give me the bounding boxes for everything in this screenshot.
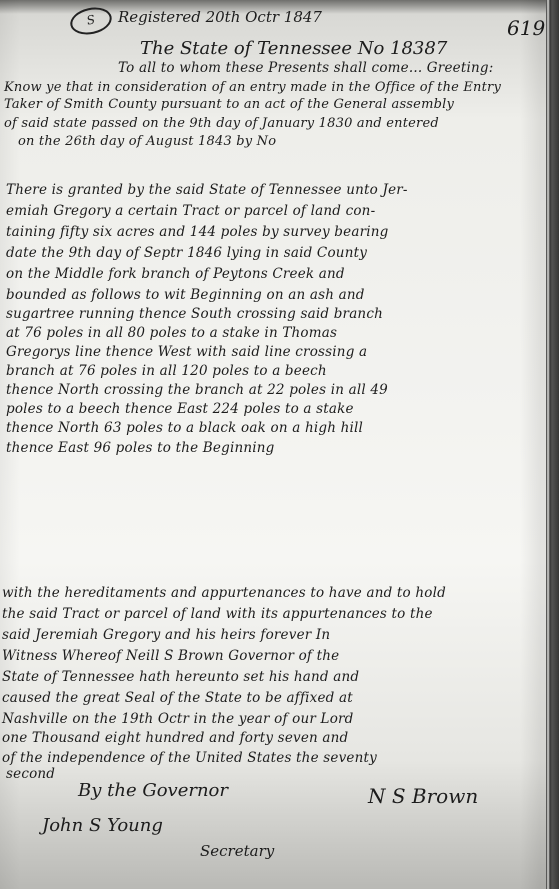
closing-line: one Thousand eight hundred and forty sev… <box>2 730 348 746</box>
preamble-line: Taker of Smith County pursuant to an act… <box>4 97 454 112</box>
body-line: at 76 poles in all 80 poles to a stake i… <box>6 325 337 341</box>
seal-mark: S <box>68 4 114 38</box>
closing-line: said Jeremiah Gregory and his heirs fore… <box>2 627 330 643</box>
secretary-signature: John S Young <box>42 815 163 836</box>
body-line: poles to a beech thence East 224 poles t… <box>6 401 354 417</box>
body-line: date the 9th day of Septr 1846 lying in … <box>6 245 367 261</box>
closing-line: caused the great Seal of the State to be… <box>2 690 353 706</box>
closing-line: the said Tract or parcel of land with it… <box>2 606 433 622</box>
closing-line: State of Tennessee hath hereunto set his… <box>2 669 359 685</box>
preamble-line: of said state passed on the 9th day of J… <box>4 116 439 131</box>
closing-line: second <box>6 766 55 782</box>
salutation: To all to whom these Presents shall come… <box>118 60 493 76</box>
body-line: bounded as follows to wit Beginning on a… <box>6 287 365 303</box>
body-line: taining fifty six acres and 144 poles by… <box>6 224 389 240</box>
governor-signature: N S Brown <box>368 784 478 808</box>
body-line: on the Middle fork branch of Peytons Cre… <box>6 266 345 282</box>
page-binding-edge <box>546 0 559 889</box>
secretary-title: Secretary <box>200 842 274 860</box>
body-line: sugartree running thence South crossing … <box>6 306 383 322</box>
preamble-line: Know ye that in consideration of an entr… <box>4 80 501 95</box>
body-line: thence East 96 poles to the Beginning <box>6 440 275 456</box>
body-line: branch at 76 poles in all 120 poles to a… <box>6 363 327 379</box>
body-line: Gregorys line thence West with said line… <box>6 344 367 360</box>
document-title: The State of Tennessee No 18387 <box>140 38 447 59</box>
body-line: emiah Gregory a certain Tract or parcel … <box>6 203 375 219</box>
closing-line: with the hereditaments and appurtenances… <box>2 585 446 601</box>
registration-note: Registered 20th Octr 1847 <box>118 8 322 26</box>
closing-line: Witness Whereof Neill S Brown Governor o… <box>2 648 339 664</box>
body-line: There is granted by the said State of Te… <box>6 182 408 198</box>
by-the-governor-text: By the Governor <box>78 780 228 801</box>
page-number: 619 <box>507 16 545 40</box>
scanned-document-page: S Registered 20th Octr 1847 619 The Stat… <box>0 0 559 889</box>
preamble-line: on the 26th day of August 1843 by No <box>18 134 276 149</box>
body-line: thence North 63 poles to a black oak on … <box>6 420 363 436</box>
closing-line: Nashville on the 19th Octr in the year o… <box>2 711 354 727</box>
closing-line: of the independence of the United States… <box>2 750 377 766</box>
body-line: thence North crossing the branch at 22 p… <box>6 382 388 398</box>
